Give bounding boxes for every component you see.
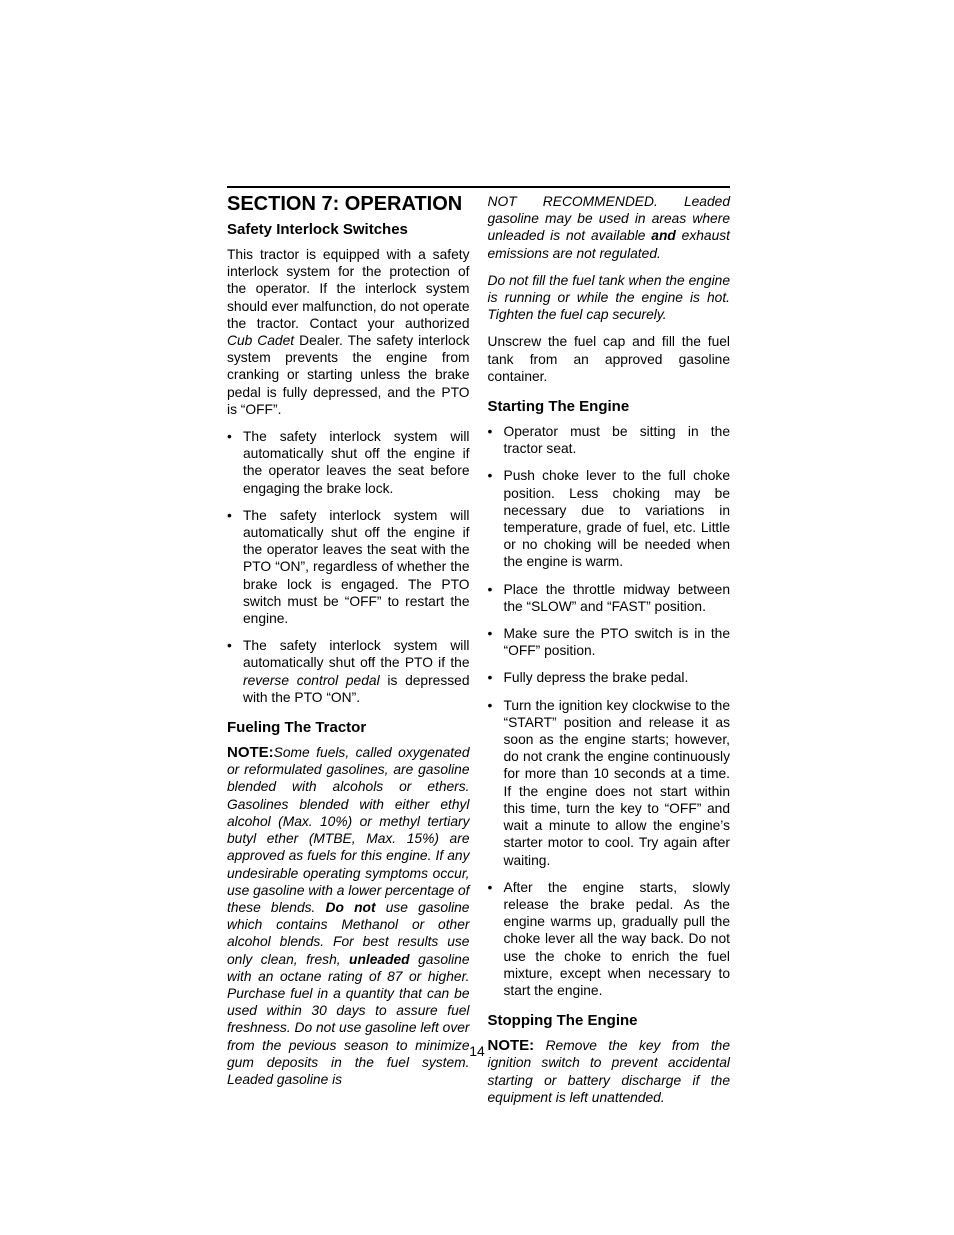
text-run: Do not fill the fuel tank when the engin…	[488, 273, 731, 322]
bullet-item: •Make sure the PTO switch is in the “OFF…	[488, 625, 731, 659]
text-run: Operator must be sitting in the tractor …	[504, 424, 731, 456]
text-run: reverse control pedal	[243, 673, 380, 688]
bullet-text: The safety interlock system will automat…	[243, 507, 470, 627]
bullet-text: Turn the ignition key clockwise to the “…	[504, 697, 731, 869]
header-rule	[227, 186, 730, 188]
text-run: The safety interlock system will automat…	[243, 429, 470, 496]
bullet-marker: •	[227, 507, 243, 627]
two-column-layout: SECTION 7: OPERATIONSafety Interlock Swi…	[227, 193, 730, 1116]
note-label: NOTE:	[227, 744, 274, 761]
text-run: Turn the ignition key clockwise to the “…	[504, 698, 731, 868]
bullet-text: The safety interlock system will automat…	[243, 637, 470, 706]
bullet-marker: •	[227, 428, 243, 497]
bullet-marker: •	[488, 581, 504, 615]
bullet-item: •Place the throttle midway between the “…	[488, 581, 731, 615]
manual-page: SECTION 7: OPERATIONSafety Interlock Swi…	[0, 0, 954, 1235]
text-run: After the engine starts, slowly release …	[504, 880, 731, 998]
paragraph: NOTE:Some fuels, called oxygenated or re…	[227, 744, 470, 1088]
text-run: Push choke lever to the full choke posit…	[504, 468, 731, 569]
bullet-marker: •	[227, 637, 243, 706]
bullet-marker: •	[488, 697, 504, 869]
text-run: The safety interlock system will automat…	[243, 508, 470, 626]
section-title: SECTION 7: OPERATION	[227, 193, 470, 215]
text-run: Some fuels, called oxygenated or reformu…	[227, 745, 470, 915]
bullet-text: The safety interlock system will automat…	[243, 428, 470, 497]
text-run: Fully depress the brake pedal.	[504, 670, 689, 685]
bullet-text: Make sure the PTO switch is in the “OFF”…	[504, 625, 731, 659]
bullet-marker: •	[488, 669, 504, 686]
bullet-marker: •	[488, 625, 504, 659]
bullet-marker: •	[488, 467, 504, 570]
bullet-item: •Operator must be sitting in the tractor…	[488, 423, 731, 457]
text-run: Cub Cadet	[227, 333, 294, 348]
text-run: Place the throttle midway between the “S…	[504, 582, 731, 614]
paragraph: Unscrew the fuel cap and fill the fuel t…	[488, 333, 731, 385]
text-run: gasoline with an octane rating of 87 or …	[227, 952, 470, 1087]
subsection-heading: Starting The Engine	[488, 398, 731, 415]
column-left: SECTION 7: OPERATIONSafety Interlock Swi…	[227, 193, 470, 1116]
bullet-marker: •	[488, 423, 504, 457]
paragraph: This tractor is equipped with a safety i…	[227, 246, 470, 418]
text-run: The safety interlock system will automat…	[243, 638, 470, 670]
paragraph: Do not fill the fuel tank when the engin…	[488, 272, 731, 324]
bullet-marker: •	[488, 879, 504, 999]
bullet-item: •Push choke lever to the full choke posi…	[488, 467, 731, 570]
bullet-item: •The safety interlock system will automa…	[227, 507, 470, 627]
text-run: This tractor is equipped with a safety i…	[227, 247, 470, 331]
paragraph: NOT RECOMMENDED. Leaded gasoline may be …	[488, 193, 731, 262]
page-content: SECTION 7: OPERATIONSafety Interlock Swi…	[227, 186, 730, 1116]
bullet-item: •The safety interlock system will automa…	[227, 428, 470, 497]
bullet-item: •After the engine starts, slowly release…	[488, 879, 731, 999]
bullet-text: Push choke lever to the full choke posit…	[504, 467, 731, 570]
bullet-text: Fully depress the brake pedal.	[504, 669, 731, 686]
text-run: and	[651, 228, 676, 243]
text-run: Unscrew the fuel cap and fill the fuel t…	[488, 334, 731, 383]
subsection-heading: Fueling The Tractor	[227, 719, 470, 736]
text-run: Make sure the PTO switch is in the “OFF”…	[504, 626, 731, 658]
bullet-text: After the engine starts, slowly release …	[504, 879, 731, 999]
bullet-item: •The safety interlock system will automa…	[227, 637, 470, 706]
text-run: unleaded	[349, 952, 410, 967]
bullet-text: Place the throttle midway between the “S…	[504, 581, 731, 615]
column-right: NOT RECOMMENDED. Leaded gasoline may be …	[488, 193, 731, 1116]
bullet-item: •Turn the ignition key clockwise to the …	[488, 697, 731, 869]
page-number: 14	[0, 1043, 954, 1059]
bullet-text: Operator must be sitting in the tractor …	[504, 423, 731, 457]
text-run: Do not	[326, 900, 376, 915]
subsection-heading: Safety Interlock Switches	[227, 221, 470, 238]
bullet-item: •Fully depress the brake pedal.	[488, 669, 731, 686]
subsection-heading: Stopping The Engine	[488, 1012, 731, 1029]
